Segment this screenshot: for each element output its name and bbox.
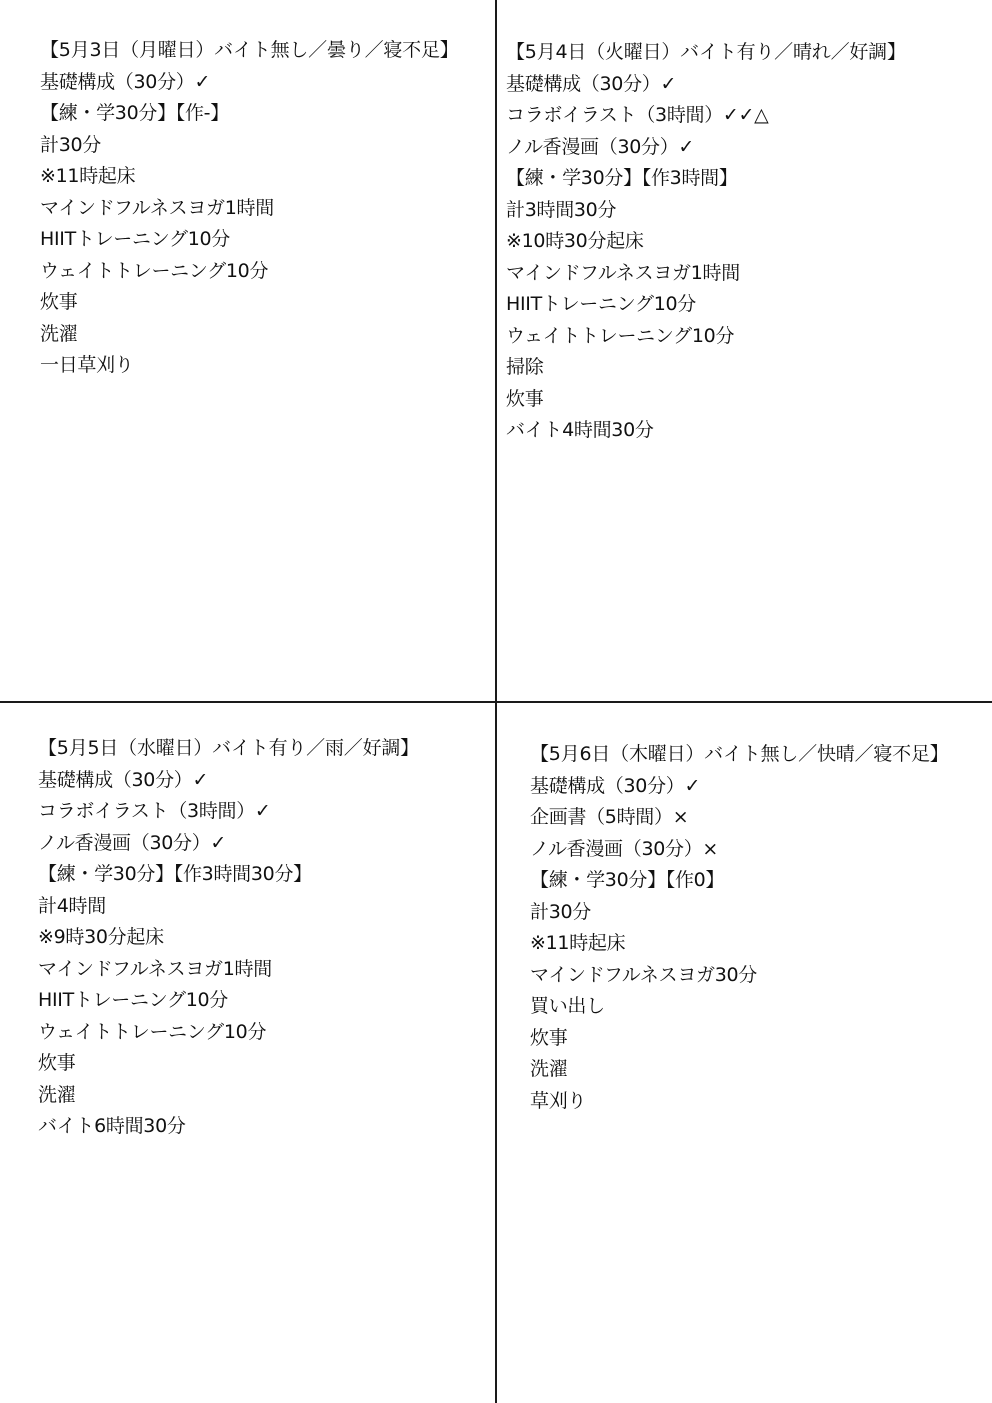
log-line: 洗濯: [38, 1080, 493, 1112]
log-line: ※10時30分起床: [506, 226, 992, 258]
log-line: 草刈り: [530, 1086, 992, 1118]
day-entry-may-6: 【5月6日（木曜日）バイト無し／快晴／寝不足】 基礎構成（30分）✓ 企画書（5…: [530, 739, 992, 1117]
log-line: ノル香漫画（30分）✓: [506, 132, 992, 164]
log-line: 炊事: [38, 1048, 493, 1080]
log-line: ※11時起床: [40, 161, 495, 193]
log-line: 炊事: [506, 384, 992, 416]
log-line: 基礎構成（30分）✓: [38, 765, 493, 797]
horizontal-divider: [0, 701, 992, 703]
log-line: 基礎構成（30分）✓: [40, 67, 495, 99]
log-line: 洗濯: [40, 319, 495, 351]
log-line: 計4時間: [38, 891, 493, 923]
day-header: 【5月4日（火曜日）バイト有り／晴れ／好調】: [506, 37, 992, 69]
log-line: バイト6時間30分: [38, 1111, 493, 1143]
log-line: マインドフルネスヨガ1時間: [38, 954, 493, 986]
log-line: ※11時起床: [530, 928, 992, 960]
day-header: 【5月3日（月曜日）バイト無し／曇り／寝不足】: [40, 35, 495, 67]
log-line: ノル香漫画（30分）×: [530, 834, 992, 866]
log-line: 【練・学30分】【作3時間30分】: [38, 859, 493, 891]
log-line: 計30分: [40, 130, 495, 162]
log-line: 計3時間30分: [506, 195, 992, 227]
log-line: 計30分: [530, 897, 992, 929]
log-line: コラボイラスト（3時間）✓✓△: [506, 100, 992, 132]
log-line: 【練・学30分】【作-】: [40, 98, 495, 130]
log-line: ウェイトトレーニング10分: [38, 1017, 493, 1049]
log-line: 基礎構成（30分）✓: [506, 69, 992, 101]
log-line: 炊事: [40, 287, 495, 319]
log-line: バイト4時間30分: [506, 415, 992, 447]
day-entry-may-3: 【5月3日（月曜日）バイト無し／曇り／寝不足】 基礎構成（30分）✓ 【練・学3…: [40, 35, 495, 382]
log-line: 炊事: [530, 1023, 992, 1055]
log-line: コラボイラスト（3時間）✓: [38, 796, 493, 828]
day-entry-may-4: 【5月4日（火曜日）バイト有り／晴れ／好調】 基礎構成（30分）✓ コラボイラス…: [506, 37, 992, 447]
log-line: ノル香漫画（30分）✓: [38, 828, 493, 860]
day-header: 【5月6日（木曜日）バイト無し／快晴／寝不足】: [530, 739, 992, 771]
log-line: HIITトレーニング10分: [40, 224, 495, 256]
log-line: 基礎構成（30分）✓: [530, 771, 992, 803]
log-line: マインドフルネスヨガ30分: [530, 960, 992, 992]
day-header: 【5月5日（水曜日）バイト有り／雨／好調】: [38, 733, 493, 765]
log-line: 一日草刈り: [40, 350, 495, 382]
log-line: 掃除: [506, 352, 992, 384]
log-line: ウェイトトレーニング10分: [506, 321, 992, 353]
log-line: 買い出し: [530, 991, 992, 1023]
log-line: HIITトレーニング10分: [38, 985, 493, 1017]
log-line: ※9時30分起床: [38, 922, 493, 954]
log-line: 【練・学30分】【作0】: [530, 865, 992, 897]
log-line: 【練・学30分】【作3時間】: [506, 163, 992, 195]
log-line: マインドフルネスヨガ1時間: [40, 193, 495, 225]
log-line: マインドフルネスヨガ1時間: [506, 258, 992, 290]
day-entry-may-5: 【5月5日（水曜日）バイト有り／雨／好調】 基礎構成（30分）✓ コラボイラスト…: [38, 733, 493, 1143]
log-line: 企画書（5時間）×: [530, 802, 992, 834]
log-line: HIITトレーニング10分: [506, 289, 992, 321]
log-line: ウェイトトレーニング10分: [40, 256, 495, 288]
log-line: 洗濯: [530, 1054, 992, 1086]
